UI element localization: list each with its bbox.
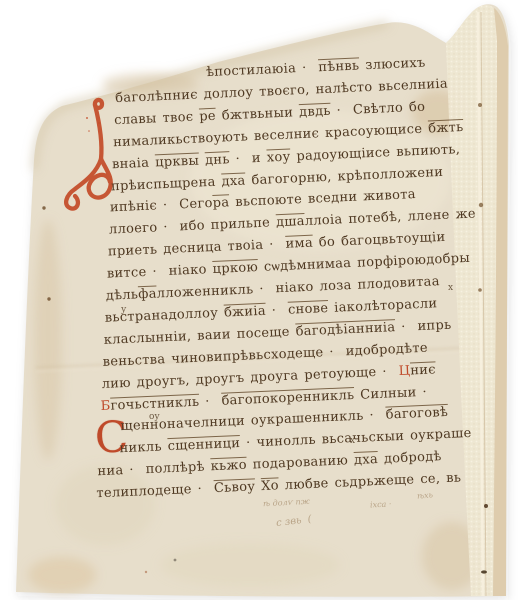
text-run: · и	[229, 150, 267, 167]
text-run: · Свѣтло бо	[330, 99, 425, 118]
text-run: хоу	[266, 149, 290, 165]
text-run: славы твоє	[114, 109, 200, 128]
text-run: Ц	[398, 363, 410, 378]
text-run: любве сьдрьжеще се, вь	[279, 470, 462, 493]
text-run: багопокоренникль	[221, 387, 354, 408]
text-run: бжиіа	[224, 304, 266, 321]
text-run: бжть	[428, 120, 464, 137]
text-run: телиплодеще ·	[96, 481, 214, 501]
text-run: прѣиспьщрена	[111, 174, 222, 194]
superscript-letter: х	[448, 283, 453, 293]
text-run: ниа · поллѣрѣ	[97, 459, 211, 479]
text-run: багоговѣ	[385, 405, 448, 423]
text-run: радоующіисе вьпиють,	[290, 142, 460, 164]
text-run: днь	[205, 152, 230, 168]
text-run: Сьвоу	[214, 479, 256, 496]
superscript-letter: у	[121, 305, 126, 315]
text-run: вьспоюте вседни живота	[229, 187, 416, 210]
text-run: ллоіа потебѣ, ллене же	[304, 207, 476, 229]
text-run: · чинолль вьсачьскыи оукраше	[240, 426, 472, 451]
marginal-note: іхса ·	[370, 499, 392, 509]
text-run: · ипрь	[395, 317, 452, 334]
manuscript-photo: С ѣпостилаюіа · пѣнвь злюсихъбаголѣпниє …	[0, 0, 518, 600]
text-run: дѣль	[106, 287, 139, 303]
text-run: внаіа	[112, 155, 156, 172]
text-run: сщенници	[167, 436, 240, 454]
text-run: витсе · ніако	[107, 262, 213, 282]
text-run: ллоего · ибо прильпе	[109, 216, 277, 238]
superscript-letter: оу	[149, 412, 160, 422]
text-run: дха	[354, 452, 379, 468]
text-run: гочьстникль	[110, 394, 199, 413]
text-run: злюсихъ	[359, 56, 426, 74]
text-block: ѣпостилаюіа · пѣнвь злюсихъбаголѣпниє до…	[94, 54, 489, 540]
text-run: сѡдѣмнимаа порфіроюдобры	[258, 251, 471, 275]
text-run: ра	[212, 196, 229, 212]
text-run: двдь	[299, 104, 331, 120]
text-run: класлынніи, ваии посеще	[103, 324, 296, 347]
text-run: кьжо	[210, 458, 247, 475]
text-run: ниє	[410, 362, 436, 378]
text-run: Хо	[261, 478, 279, 494]
text-run: цркою	[212, 260, 258, 277]
text-run: багогорню, крѣполложени	[245, 164, 443, 188]
text-run: пѣнвь	[318, 58, 360, 75]
superscript-letter: х	[350, 436, 355, 446]
text-run: іаколѣторасли	[328, 296, 438, 316]
text-run: никль	[119, 439, 168, 456]
marginal-note: ѣхь	[417, 490, 434, 500]
text-run: снове	[288, 301, 329, 318]
text-run: ·	[199, 393, 222, 409]
text-run: багодѣіанниіа	[295, 320, 395, 339]
text-run: подарованию	[247, 453, 355, 473]
text-run: бжтвьныи	[216, 105, 300, 124]
text-run: дша	[276, 214, 305, 230]
text-run: дха	[221, 173, 246, 189]
text-run: приеть десница твоіа ·	[108, 237, 286, 260]
text-run: црквы	[155, 153, 200, 170]
text-run: Б	[100, 398, 111, 413]
text-run: бо багоцвьтоущіи	[313, 230, 446, 251]
text-run: добродѣ	[378, 449, 442, 467]
text-run: Силныи ·	[354, 384, 427, 402]
text-run: ре	[199, 109, 216, 125]
text-run: фа	[138, 286, 157, 302]
text-run: ипѣніє · Сего	[110, 196, 213, 215]
text-run: ·	[266, 303, 289, 319]
text-run: има	[285, 236, 313, 252]
